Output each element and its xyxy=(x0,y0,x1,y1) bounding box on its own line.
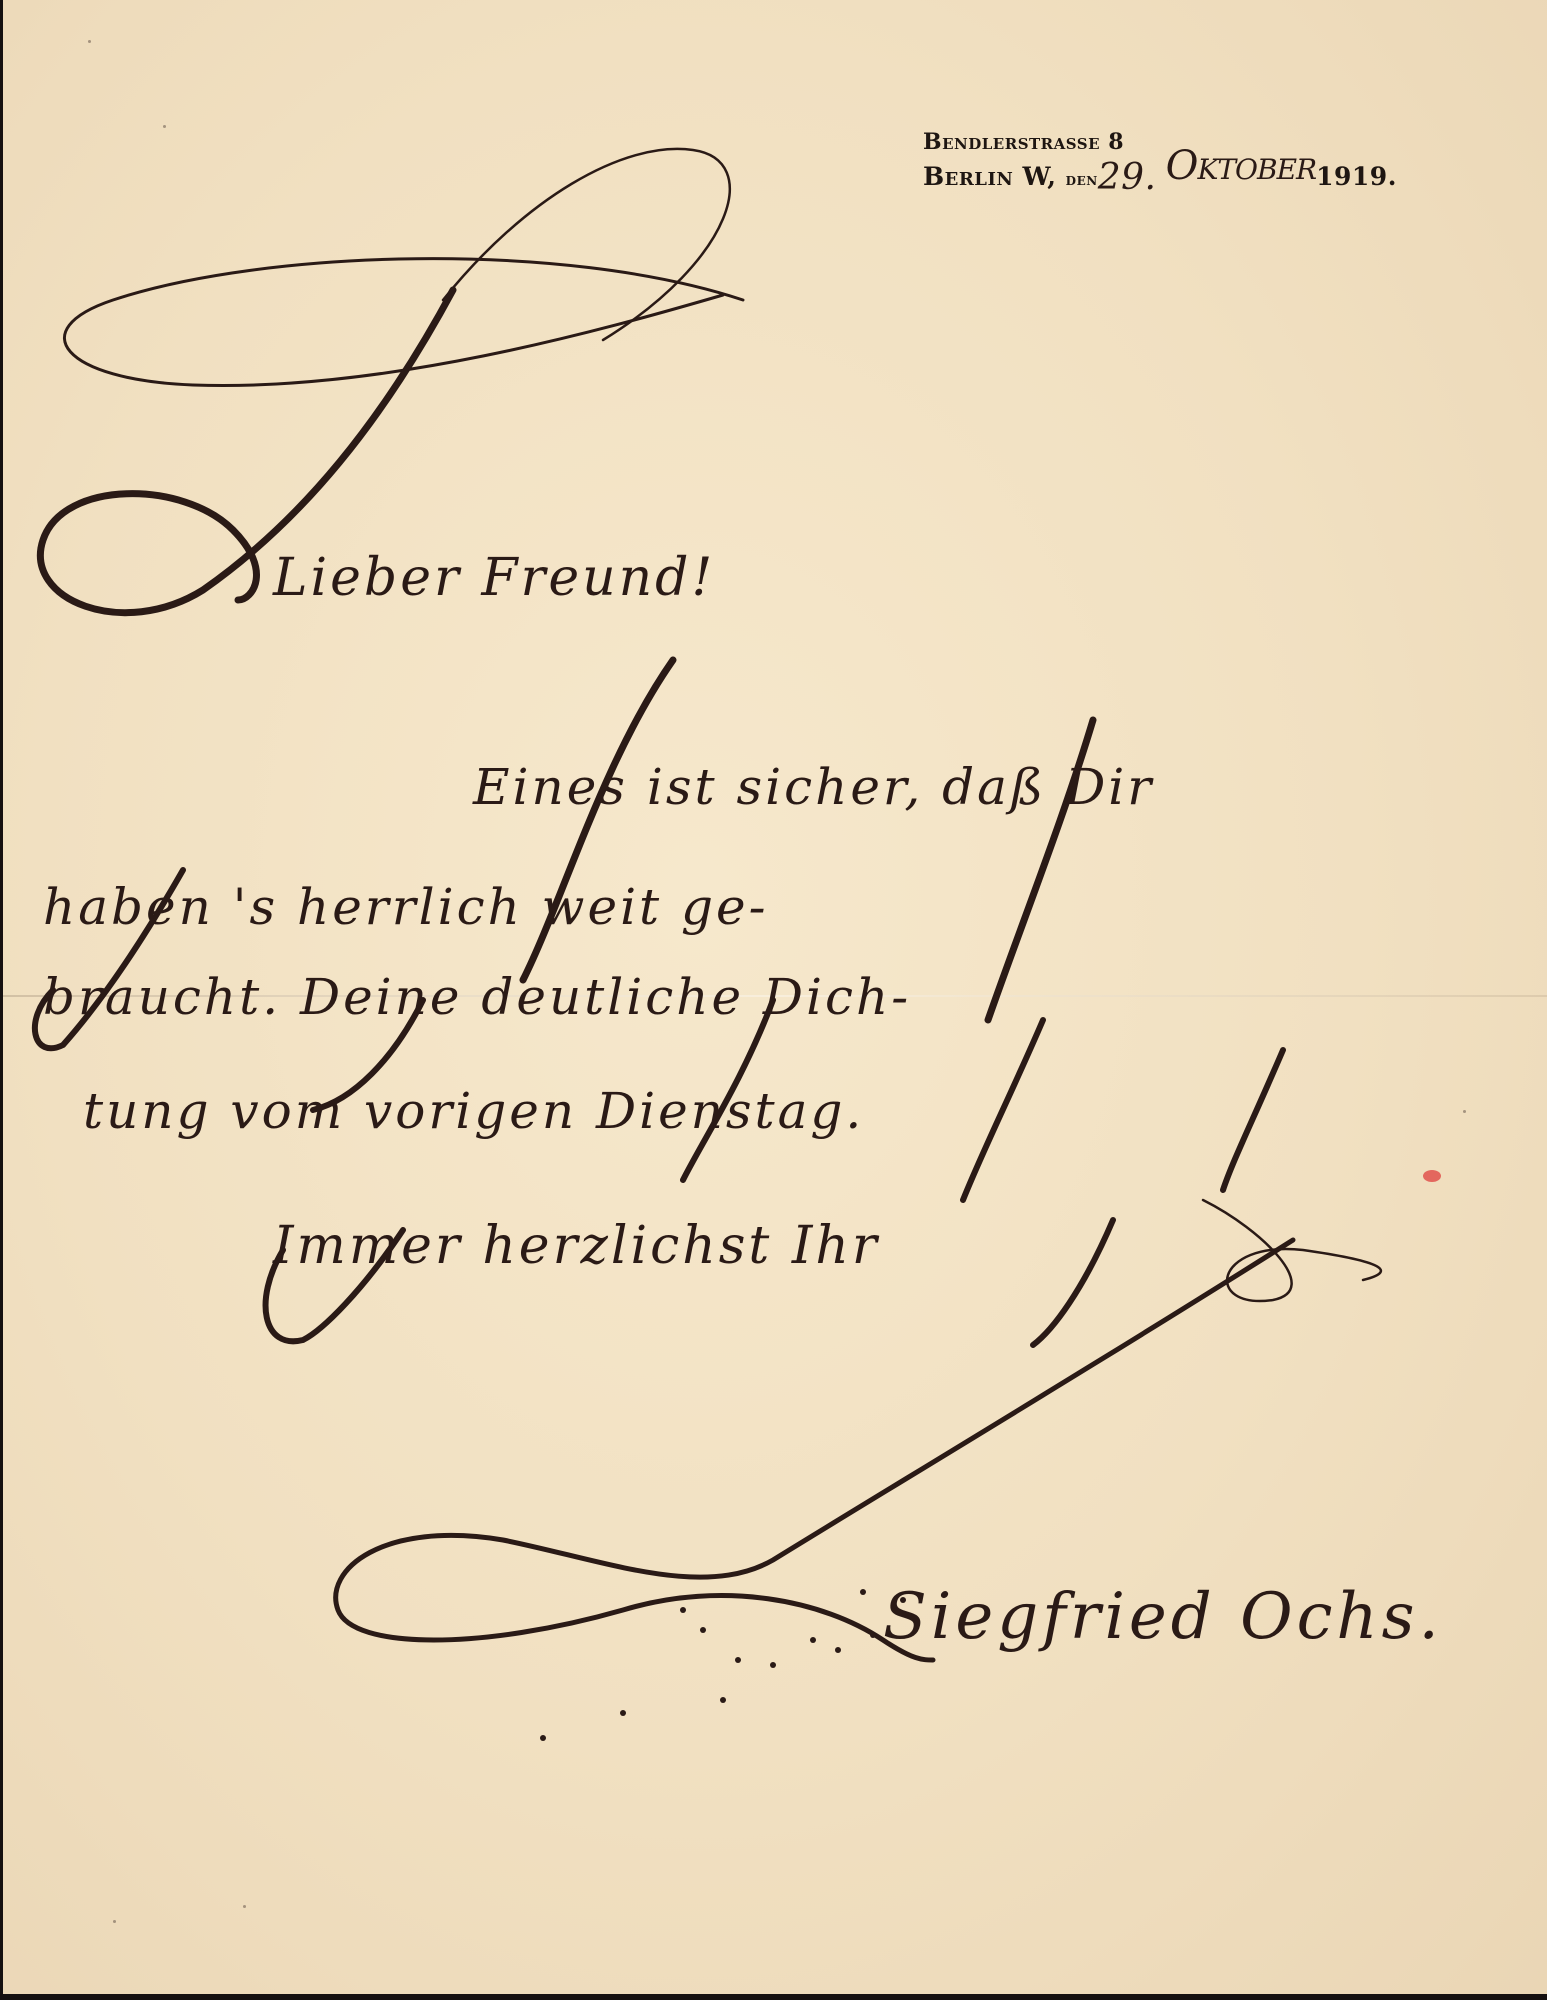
red-ink-stain xyxy=(1423,1170,1441,1182)
initial-l-upper-loop xyxy=(443,149,730,340)
salutation: Lieber Freund! xyxy=(273,548,715,608)
closing-ihr-loop xyxy=(1203,1200,1381,1301)
descender-h xyxy=(1223,1050,1283,1190)
paper-speck xyxy=(163,125,166,128)
body-line-3: braucht. Deine deutliche Dich- xyxy=(43,968,911,1026)
paper-speck xyxy=(1463,1110,1466,1113)
descender-sch xyxy=(963,1020,1043,1200)
body-line-4: tung vom vorigen Dienstag. xyxy=(83,1082,864,1140)
paper-speck xyxy=(243,1905,246,1908)
body-line-1: Eines ist sicher, daß Dir xyxy=(473,758,1154,816)
ink-dots xyxy=(540,1589,906,1741)
initial-l-loop xyxy=(64,259,743,386)
closing: Immer herzlichst Ihr xyxy=(273,1216,880,1276)
closing-stem xyxy=(1033,1220,1113,1345)
signature: Siegfried Ochs. xyxy=(883,1580,1443,1654)
body-line-2: haben 's herrlich weit ge- xyxy=(43,878,769,936)
paper-speck xyxy=(113,1920,116,1923)
letter-page: Bendlerstrasse 8 Berlin W, den29. Oktobe… xyxy=(3,0,1547,1994)
paper-speck xyxy=(88,40,91,43)
